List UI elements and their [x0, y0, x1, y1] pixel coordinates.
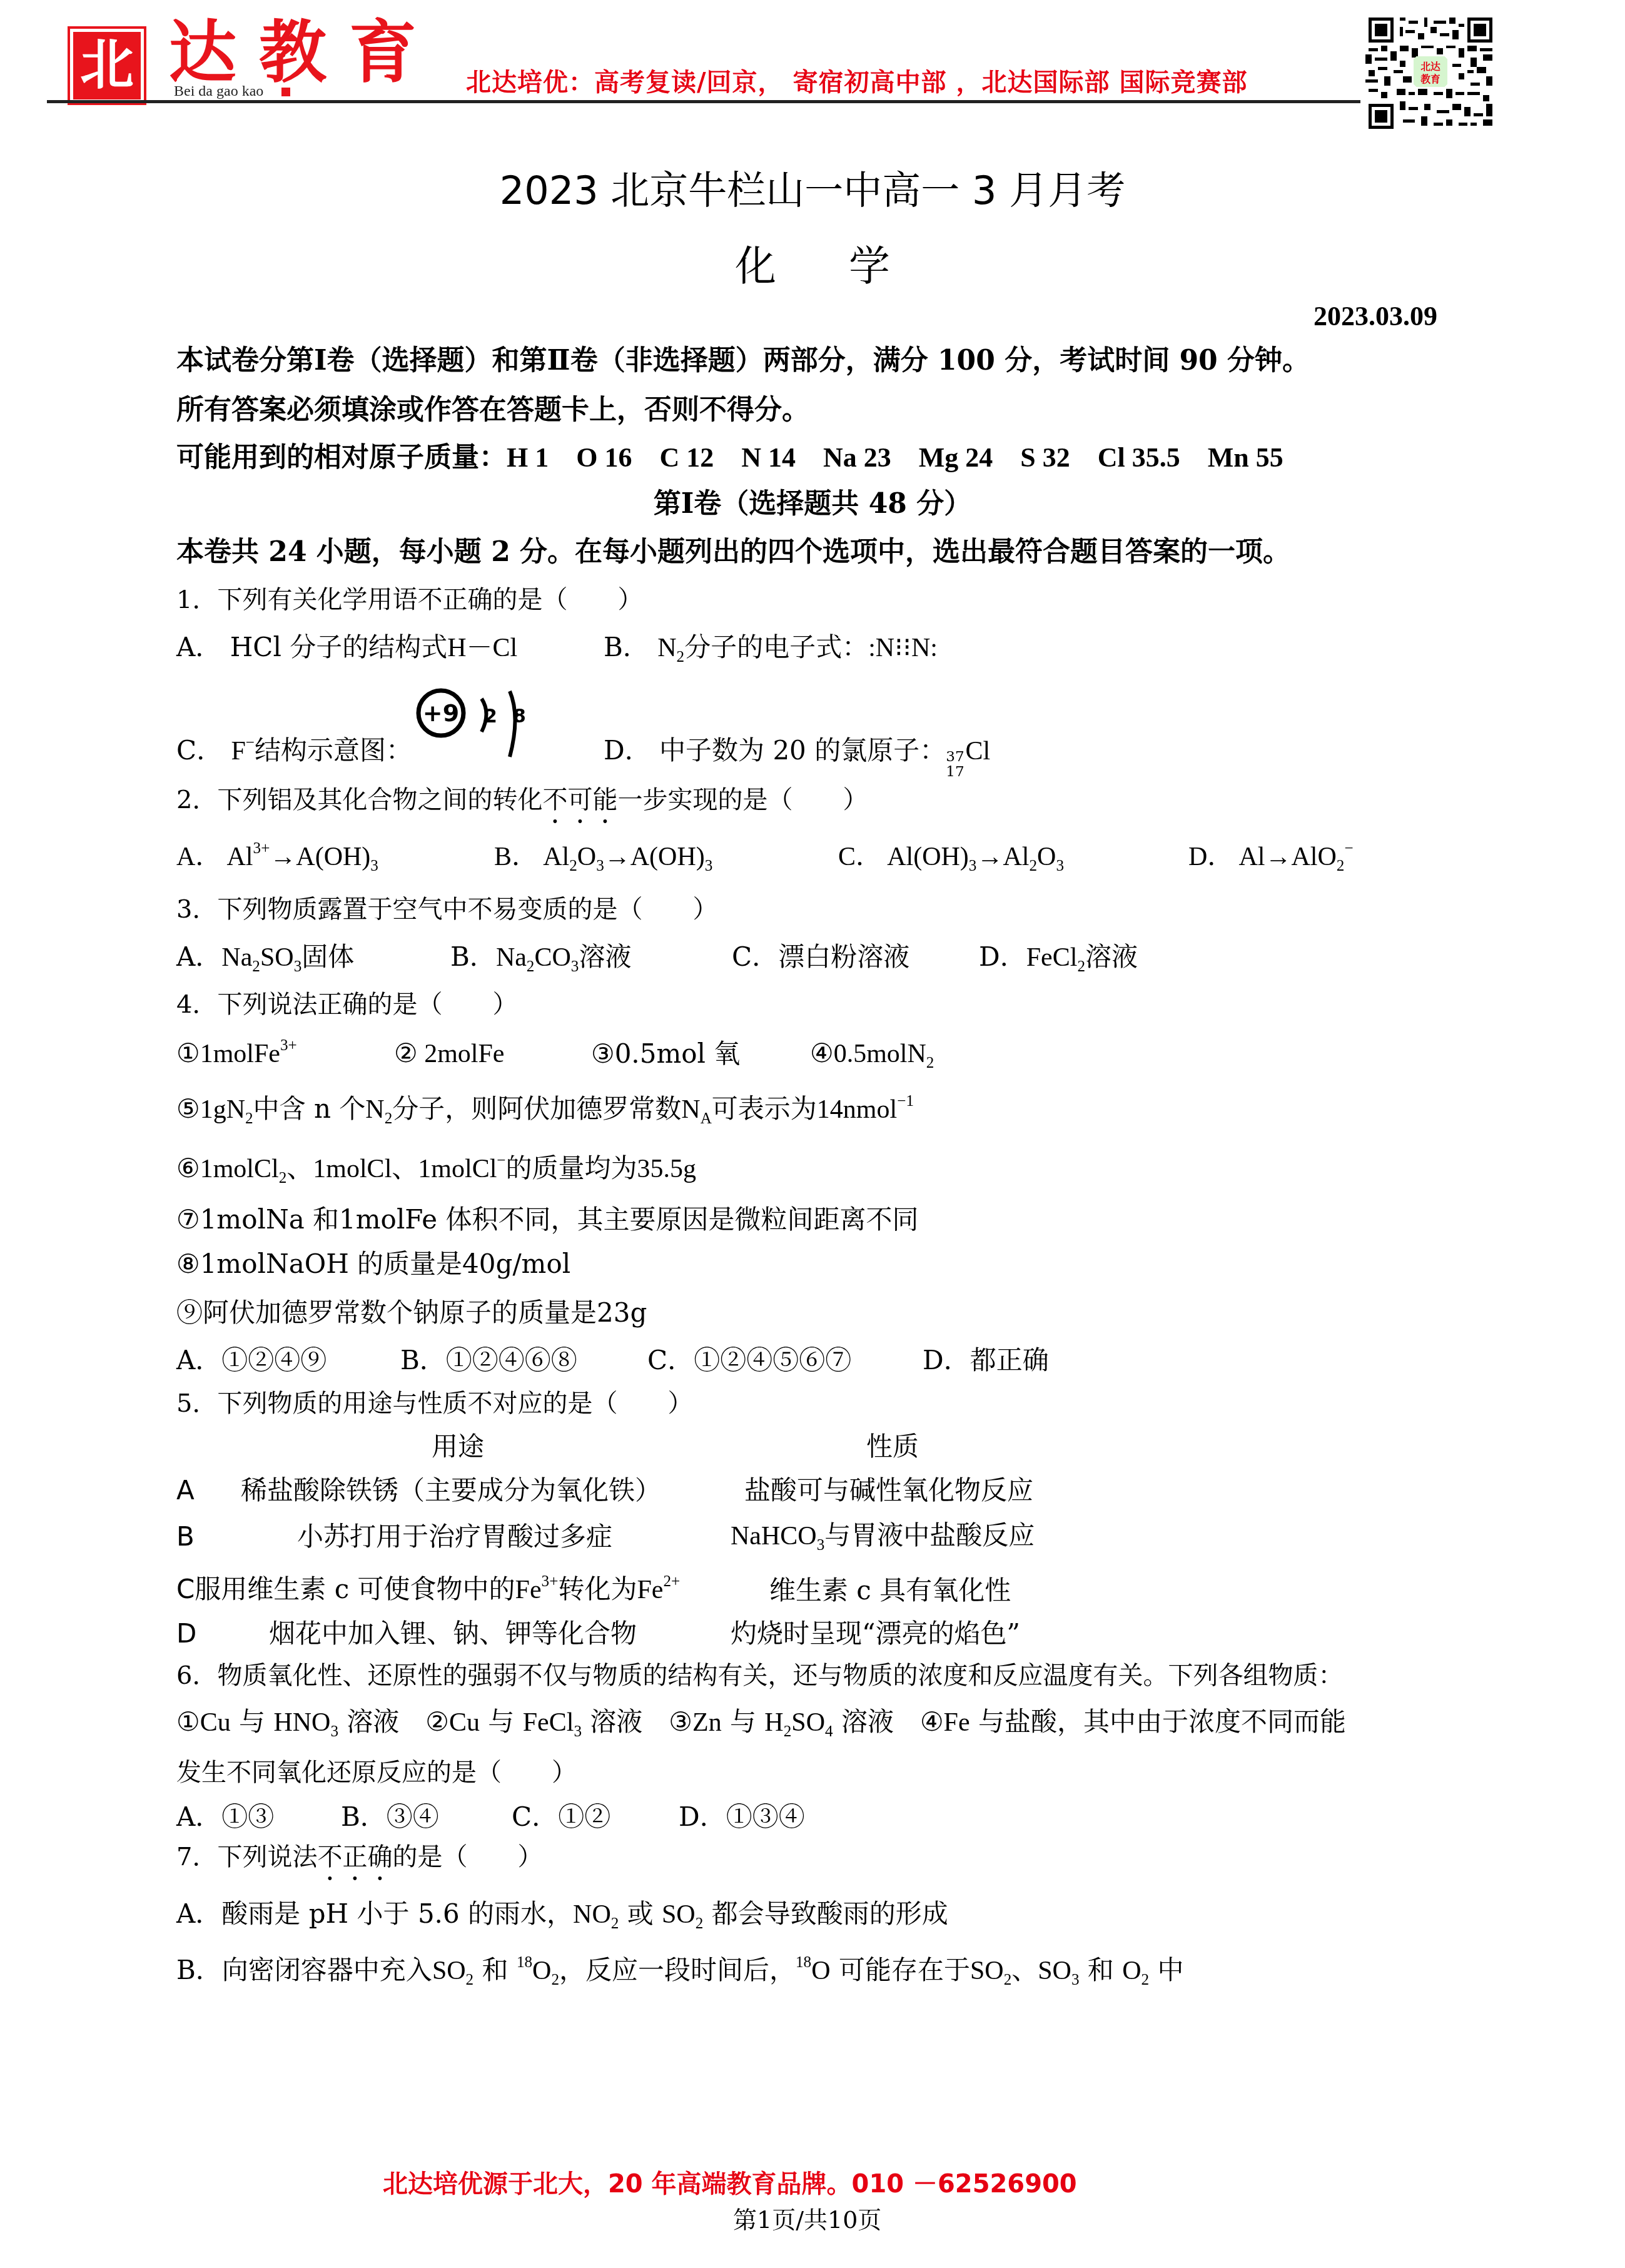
q4-statement-2: ② 2molFe: [394, 1038, 505, 1070]
q4-statement-3: ③0.5mol 氧: [591, 1038, 740, 1070]
q7-option-b: B．向密闭容器中充入SO2 和 18O2，反应一段时间后，18O 可能存在于SO…: [176, 1955, 1184, 1987]
isotope-numbers: 3717: [946, 750, 964, 779]
q5-row-b-use: 小苏打用于治疗胃酸过多症: [297, 1521, 612, 1552]
header-slogan: 北达培优：高考复读/回京， 寄宿初高中部 ，北达国际部 国际竞赛部: [466, 63, 1247, 98]
q6-substance-groups: ①Cu 与 HNO3 溶液 ②Cu 与 FeCl3 溶液 ③Zn 与 H2SO4…: [176, 1706, 1346, 1738]
q5-row-b-label: B: [176, 1521, 195, 1552]
q6-stem: 6．物质氧化性、还原性的强弱不仅与物质的结构有关，还与物质的浓度和反应温度有关。…: [176, 1661, 1343, 1691]
logo-text: 达教育: [169, 19, 439, 86]
exam-subject: 化学: [0, 233, 1625, 292]
q7-stem: 7．下列说法不正确的是（ ）: [176, 1842, 542, 1886]
formula: ⑥1molCl2、1molCl、1molCl−: [176, 1155, 506, 1183]
option-text: 固体: [301, 941, 354, 972]
option-text: 溶液: [1085, 941, 1138, 972]
q2-option-b: B． Al2O3→A(OH)3: [494, 841, 712, 873]
formula: 35.5g: [637, 1155, 697, 1183]
q3-stem: 3．下列物质露置于空气中不易变质的是（ ）: [176, 894, 717, 924]
option-label: B．: [494, 843, 538, 871]
header-divider: [47, 100, 1360, 103]
svg-text:+9: +9: [423, 699, 459, 727]
qr-code-icon: 北达 教育: [1365, 18, 1496, 129]
q5-row-a-property: 盐酸可与碱性氧化物反应: [744, 1475, 1033, 1506]
stem-text: 的是（ ）: [392, 1843, 542, 1871]
q4-statement-7: ⑦1molNa 和1molFe 体积不同，其主要原因是微粒间距离不同: [176, 1204, 918, 1235]
stem-text: 一步实现的是（ ）: [617, 786, 868, 814]
q5-stem: 5．下列物质的用途与性质不对应的是（ ）: [176, 1389, 692, 1419]
option-text: ，反应一段时间后，: [559, 1955, 796, 1985]
property-text: 与胃液中盐酸反应: [824, 1520, 1035, 1551]
option-text: 漂白粉溶液: [778, 941, 909, 972]
svg-text:2: 2: [484, 706, 497, 727]
mass-number: 37: [946, 750, 964, 764]
atomic-number: 17: [946, 765, 964, 779]
option-text: B．向密闭容器中充入: [176, 1955, 432, 1985]
q5-row-d-use: 烟花中加入锂、钠、钾等化合物: [269, 1618, 637, 1649]
formula-n2: N2: [657, 634, 684, 662]
stem-text: 2．下列铝及其化合物之间的转化: [176, 786, 542, 814]
option-text: 溶液: [579, 941, 631, 972]
logo-mark: 北: [68, 26, 146, 105]
formula-f-ion: F−: [231, 737, 255, 766]
q4-stem: 4．下列说法正确的是（ ）: [176, 990, 517, 1020]
formula: N2: [365, 1095, 392, 1124]
statement-text: 分子，则阿伏加德罗常数: [392, 1093, 681, 1124]
formula: O2: [1122, 1957, 1149, 1985]
option-formula: :N⁝⁝N:: [868, 634, 938, 662]
option-text: 都会导致酸雨的形成: [712, 1898, 948, 1929]
stem-emphasis: 不可能: [542, 786, 617, 814]
section-title: 第Ⅰ卷（选择题共 48 分）: [0, 488, 1625, 521]
row-label: C: [176, 1574, 195, 1604]
q5-row-a-label: A: [176, 1475, 195, 1506]
q2-option-c: C． Al(OH)3→Al2O3: [838, 841, 1064, 873]
option-text: A．酸雨是 pH 小于 5.6 的雨水，: [176, 1898, 573, 1929]
formula: 14nmol−1: [817, 1095, 914, 1124]
option-label: A．: [176, 632, 221, 662]
exam-date: 2023.03.09: [1314, 300, 1437, 332]
svg-text:教育: 教育: [1420, 73, 1440, 85]
q6-option-b: B．③④: [341, 1801, 439, 1833]
atomic-mass-line: 可能用到的相对原子质量：H 1 O 16 C 12 N 14 Na 23 Mg …: [176, 442, 1283, 475]
q4-option-d: D．都正确: [923, 1345, 1049, 1376]
q2-stem: 2．下列铝及其化合物之间的转化不可能一步实现的是（ ）: [176, 785, 868, 829]
q5-row-d-property: 灼烧时呈现“漂亮的焰色”: [731, 1618, 1020, 1649]
q5-column-use: 用途: [432, 1431, 484, 1462]
q3-option-b: B．Na2CO3溶液: [450, 941, 631, 973]
option-label: B．: [604, 632, 649, 662]
atomic-mass-label: 可能用到的相对原子质量：: [176, 442, 507, 473]
svg-text:北达: 北达: [1420, 61, 1440, 73]
q5-row-c-property: 维生素 c 具有氧化性: [769, 1575, 1011, 1606]
q6-option-a: A．①③: [176, 1801, 274, 1833]
q2-option-d: D． Al→AlO2−: [1188, 841, 1354, 873]
formula: Na2SO3: [221, 943, 301, 972]
formula: NO2: [573, 1900, 619, 1929]
use-text: 服用维生素 c 可使食物中的: [195, 1574, 515, 1604]
q3-option-a: A．Na2SO3固体: [176, 941, 354, 973]
option-text: 中子数为 20 的氯原子：: [659, 735, 946, 766]
statement-text: 可表示为: [712, 1093, 817, 1124]
formula: Fe3+: [515, 1576, 559, 1604]
footer-slogan: 北达培优源于北大，20 年高端教育品牌。010 －62526900: [383, 2164, 1077, 2200]
stem-text: 其中由于浓度不同而能: [1083, 1706, 1346, 1737]
q4-statement-6: ⑥1molCl2、1molCl、1molCl−的质量均为35.5g: [176, 1153, 696, 1185]
option-text: 结构示意图：: [255, 735, 412, 766]
logo-square-decoration: [281, 88, 290, 96]
section-instructions: 本卷共 24 小题，每小题 2 分。在每小题列出的四个选项中，选出最符合题目答案…: [176, 536, 1290, 569]
formula: ⑤1gN2: [176, 1095, 253, 1124]
option-label: C．: [838, 843, 882, 871]
formula: 18O: [796, 1957, 831, 1985]
q3-option-c: C．漂白粉溶液: [732, 941, 909, 973]
formula: SO2: [662, 1900, 703, 1929]
q1-option-d: D． 中子数为 20 的氯原子：3717Cl: [604, 735, 990, 779]
option-formula: H－Cl: [447, 634, 517, 662]
q3-option-d: D．FeCl2溶液: [979, 941, 1138, 973]
option-text: 可能存在于: [839, 1955, 970, 1985]
option-text: 分子的电子式：: [684, 632, 868, 662]
q5-row-b-property: NaHCO3与胃液中盐酸反应: [731, 1520, 1035, 1552]
stem-emphasis: 不正确: [317, 1843, 392, 1871]
fluoride-ion-structure-diagram-icon: +9 2 8: [413, 685, 550, 760]
formula: 18O2: [517, 1957, 559, 1985]
q6-stem-end: 发生不同氧化还原反应的是（ ）: [176, 1758, 577, 1788]
page-number: 第1页/共10页: [733, 2200, 881, 2235]
q5-row-c-use: C服用维生素 c 可使食物中的Fe3+转化为Fe2+: [176, 1574, 680, 1606]
formula: Na2CO3: [496, 943, 579, 972]
q1-stem: 1．下列有关化学用语不正确的是（ ）: [176, 585, 642, 615]
q1-option-a: A． HCl 分子的结构式H－Cl: [176, 632, 517, 664]
formula: FeCl2: [1026, 943, 1085, 972]
intro-line-1: 本试卷分第Ⅰ卷（选择题）和第Ⅱ卷（非选择题）两部分，满分 100 分，考试时间 …: [176, 345, 1310, 378]
statement-text: 中含 n 个: [253, 1093, 366, 1124]
option-text: HCl 分子的结构式: [230, 632, 448, 662]
q6-option-c: C．①②: [512, 1801, 610, 1833]
q5-column-property: 性质: [866, 1431, 919, 1462]
option-label: C．: [176, 735, 223, 766]
q5-row-d-label: D: [176, 1618, 196, 1649]
q4-statement-1: ①1molFe3+: [176, 1038, 297, 1070]
element-symbol: Cl: [966, 737, 991, 766]
formula: Fe2+: [637, 1576, 680, 1604]
exam-title: 2023 北京牛栏山一中高一 3 月月考: [0, 159, 1625, 215]
q2-option-a: A． Al3+→A(OH)3: [176, 841, 378, 873]
stem-text: 7．下列说法: [176, 1843, 317, 1871]
formula: NaHCO3: [731, 1522, 824, 1551]
statement-text: 的质量均为: [506, 1153, 637, 1183]
option-label: A．: [176, 843, 221, 871]
atomic-mass-values: H 1 O 16 C 12 N 14 Na 23 Mg 24 S 32 Cl 3…: [507, 442, 1283, 473]
logo-subtitle: Bei da gao kao: [174, 83, 263, 100]
q1-option-c: C． F−结构示意图：: [176, 735, 412, 767]
q1-option-b: B． N2分子的电子式：:N⁝⁝N:: [604, 632, 938, 664]
q7-option-a: A．酸雨是 pH 小于 5.6 的雨水，NO2 或 SO2 都会导致酸雨的形成: [176, 1898, 948, 1930]
subject-char: 化: [735, 242, 776, 290]
q4-statement-4: ④0.5molN2: [810, 1038, 934, 1070]
option-label: D．: [604, 735, 651, 766]
q4-option-b: B．①②④⑥⑧: [400, 1345, 577, 1376]
q4-option-a: A．①②④⑨: [176, 1345, 327, 1376]
formula: NA: [681, 1095, 712, 1124]
q4-statement-5: ⑤1gN2中含 n 个N2分子，则阿伏加德罗常数NA可表示为14nmol−1: [176, 1093, 914, 1125]
option-label: D．: [1188, 843, 1233, 871]
formula: SO2: [432, 1957, 473, 1985]
q4-statement-9: ⑨阿伏加德罗常数个钠原子的质量是23g: [176, 1297, 647, 1329]
formula: SO2、SO3: [970, 1957, 1080, 1985]
q4-statement-8: ⑧1molNaOH 的质量是40g/mol: [176, 1248, 570, 1280]
subject-char: 学: [849, 242, 890, 290]
q5-row-a-use: 稀盐酸除铁锈（主要成分为氧化铁）: [241, 1475, 661, 1506]
intro-line-2: 所有答案必须填涂或作答在答题卡上，否则不得分。: [176, 394, 809, 427]
logo-mark-char: 北: [80, 39, 134, 93]
svg-text:8: 8: [513, 706, 526, 727]
q4-option-c: C．①②④⑤⑥⑦: [647, 1345, 851, 1376]
q6-option-d: D．①③④: [679, 1801, 805, 1833]
